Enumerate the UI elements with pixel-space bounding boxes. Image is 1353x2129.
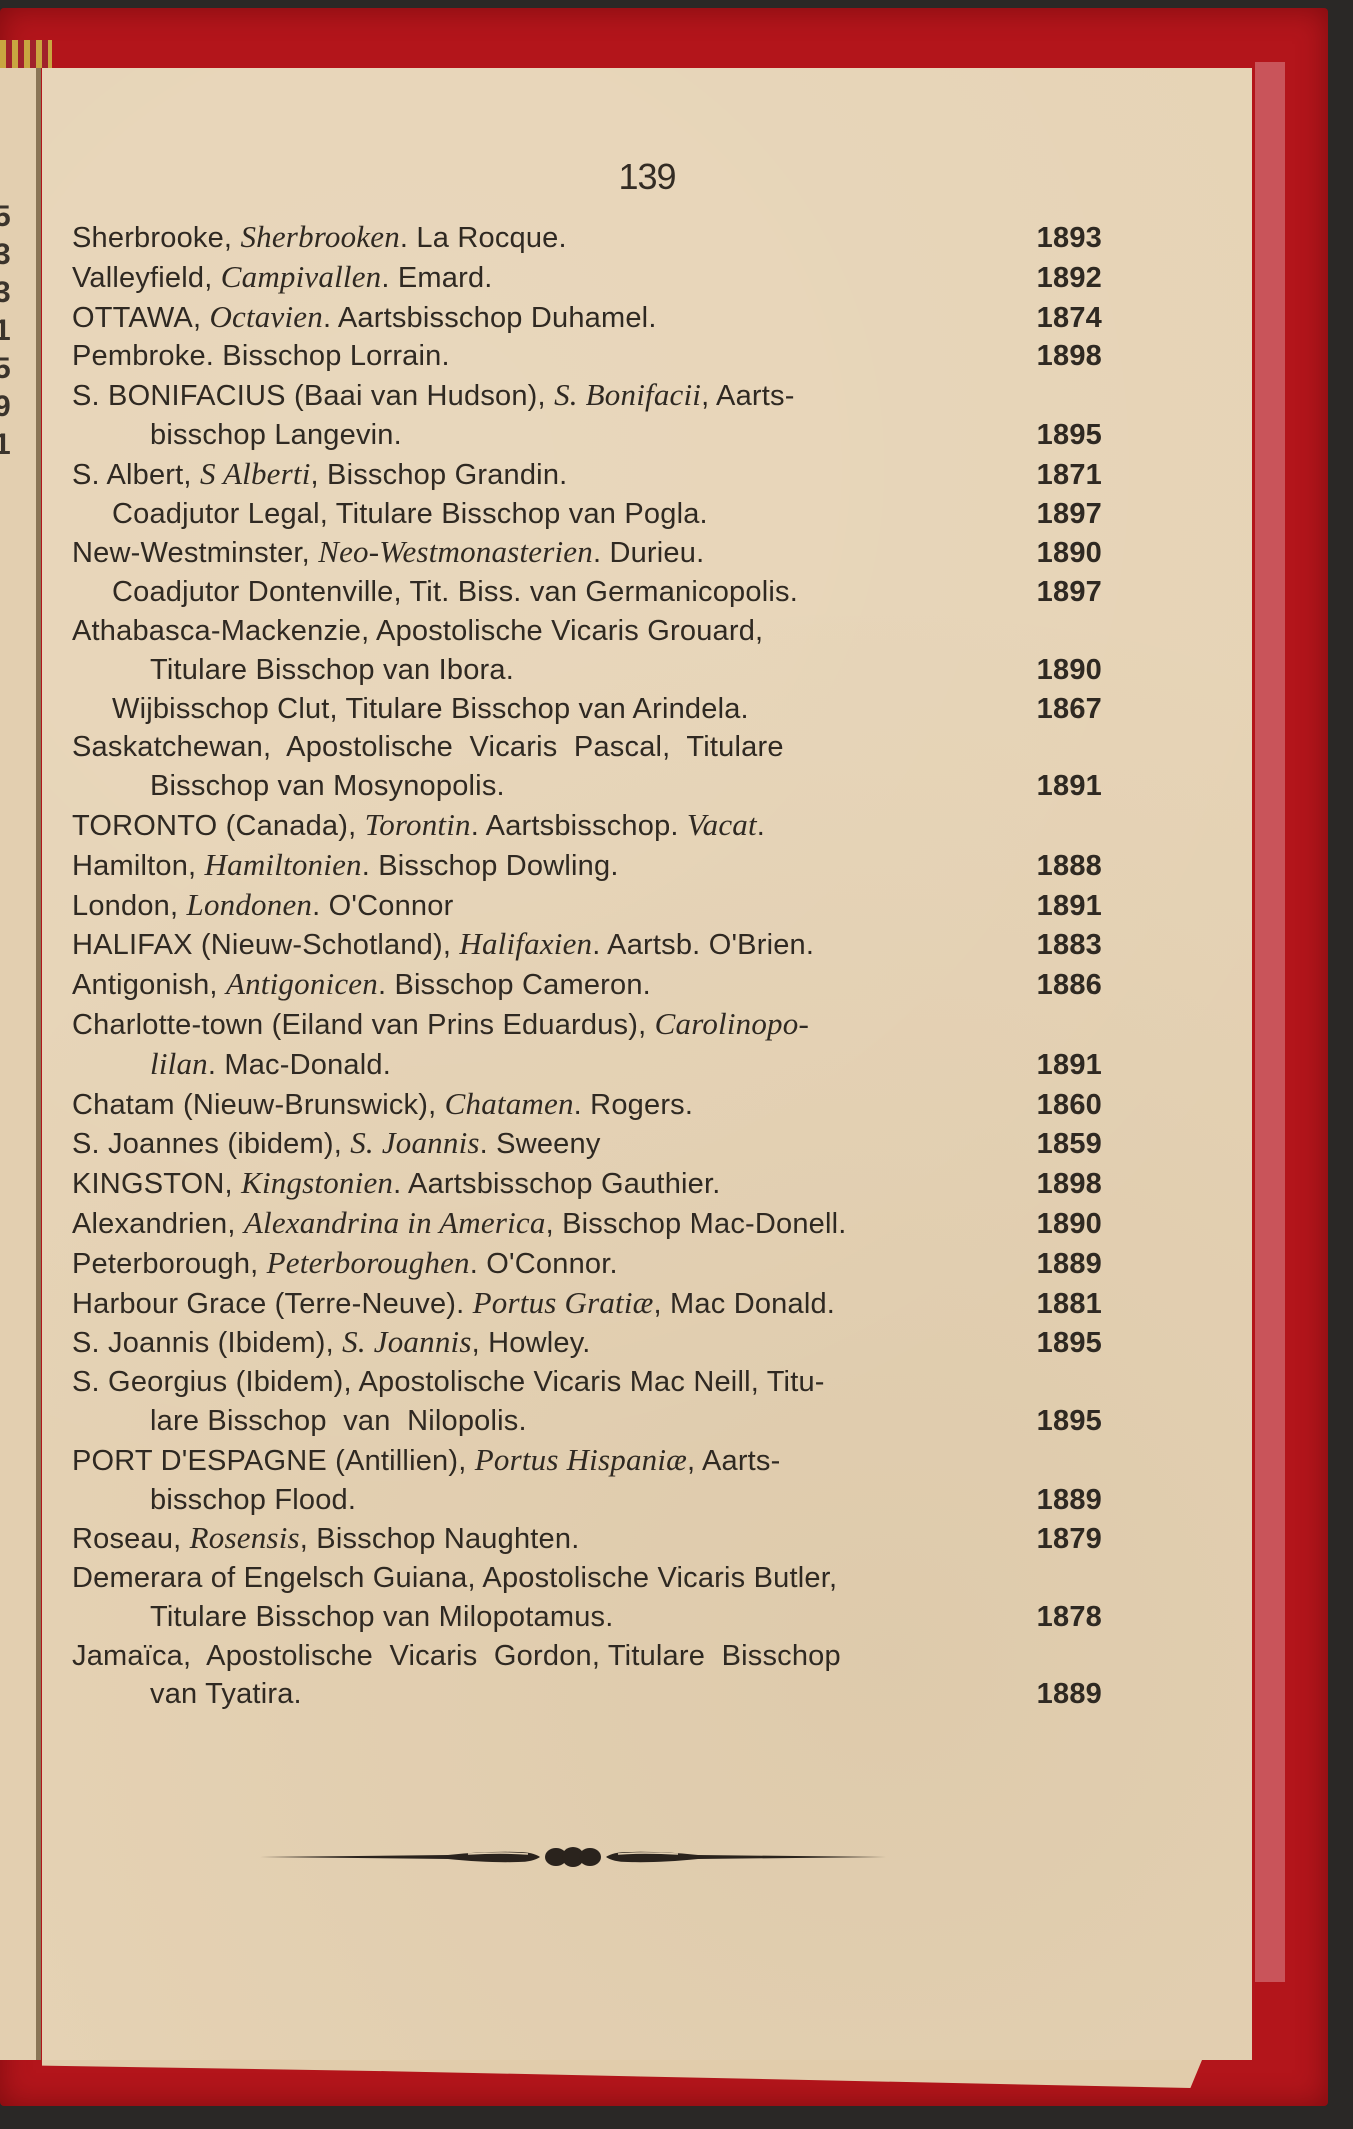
diocese-entry: Coadjutor Dontenville, Tit. Biss. van Ge… [72, 573, 1102, 612]
entry-description: Harbour Grace (Terre-Neuve). Portus Grat… [72, 1284, 1022, 1324]
diocese-entry: Sherbrooke, Sherbrooken. La Rocque.1893 [72, 218, 1102, 258]
latin-name: Hamiltonien [205, 847, 362, 882]
entry-line: S. Albert, S Alberti, Bisschop Grandin. [72, 459, 567, 491]
entry-text: Saskatchewan, Apostolische Vicaris Pasca… [72, 731, 784, 763]
entry-text: Harbour Grace (Terre-Neuve). [72, 1288, 473, 1320]
entry-description: Valleyfield, Campivallen. Emard. [72, 258, 1022, 298]
entry-line: Coadjutor Legal, Titulare Bisschop van P… [112, 498, 708, 530]
latin-name: Carolinopo- [655, 1006, 809, 1041]
entry-text: . Durieu. [593, 537, 704, 569]
diocese-entry: Saskatchewan, Apostolische Vicaris Pasca… [72, 728, 1102, 806]
diocese-list: Sherbrooke, Sherbrooken. La Rocque.1893V… [72, 218, 1102, 1714]
entry-year: 1897 [1022, 573, 1102, 612]
entry-line: Harbour Grace (Terre-Neuve). Portus Grat… [72, 1288, 835, 1320]
latin-name: S. Joannis [350, 1125, 479, 1160]
entry-description: Hamilton, Hamiltonien. Bisschop Dowling. [72, 846, 1022, 886]
tailpiece-ornament-icon [258, 1842, 888, 1872]
entry-text: . Rogers. [574, 1089, 693, 1121]
entry-text: S. BONIFACIUS (Baai van Hudson), [72, 380, 554, 412]
latin-name: S. Joannis [342, 1324, 471, 1359]
entry-line: Valleyfield, Campivallen. Emard. [72, 262, 493, 294]
entry-description: Alexandrien, Alexandrina in America, Bis… [72, 1204, 1022, 1244]
entry-year: 1891 [1022, 1046, 1102, 1085]
diocese-entry: Pembroke. Bisschop Lorrain.1898 [72, 337, 1102, 376]
entry-text: , Howley. [472, 1327, 591, 1359]
latin-name: Alexandrina in America [244, 1205, 546, 1240]
entry-text: . La Rocque. [400, 222, 567, 254]
entry-line: KINGSTON, Kingstonien. Aartsbisschop Gau… [72, 1168, 721, 1200]
entry-year: 1867 [1022, 690, 1102, 729]
entry-continuation-line: van Tyatira. [72, 1675, 1022, 1714]
previous-page-digit: 1 [0, 312, 11, 350]
entry-line: Athabasca-Mackenzie, Apostolische Vicari… [72, 615, 763, 647]
entry-text: Wijbisschop Clut, Titulare Bisschop van … [112, 693, 749, 725]
entry-line: Demerara of Engelsch Guiana, Apostolisch… [72, 1562, 837, 1594]
entry-text: . Aartsbisschop Duhamel. [323, 302, 657, 334]
entry-text: . O'Connor. [470, 1248, 618, 1280]
entry-line: S. Georgius (Ibidem), Apostolische Vicar… [72, 1366, 825, 1398]
entry-year: 1890 [1022, 534, 1102, 573]
diocese-entry: Jamaïca, Apostolische Vicaris Gordon, Ti… [72, 1637, 1102, 1715]
diocese-entry: OTTAWA, Octavien. Aartsbisschop Duhamel.… [72, 298, 1102, 338]
entry-line: OTTAWA, Octavien. Aartsbisschop Duhamel. [72, 302, 657, 334]
entry-text: PORT D'ESPAGNE (Antillien), [72, 1445, 475, 1477]
diocese-entry: S. Joannes (ibidem), S. Joannis. Sweeny1… [72, 1124, 1102, 1164]
previous-page-digit: 9 [0, 388, 11, 426]
entry-line: Jamaïca, Apostolische Vicaris Gordon, Ti… [72, 1640, 841, 1672]
entry-year: 1890 [1022, 1205, 1102, 1244]
entry-text: HALIFAX (Nieuw-Schotland), [72, 929, 459, 961]
entry-year: 1893 [1022, 219, 1102, 258]
diocese-entry: Hamilton, Hamiltonien. Bisschop Dowling.… [72, 846, 1102, 886]
entry-line: Saskatchewan, Apostolische Vicaris Pasca… [72, 731, 784, 763]
entry-text: Valleyfield, [72, 262, 221, 294]
entry-text: , Bisschop Naughten. [300, 1523, 580, 1555]
entry-description: HALIFAX (Nieuw-Schotland), Halifaxien. A… [72, 925, 1022, 965]
diocese-entry: S. Albert, S Alberti, Bisschop Grandin.1… [72, 455, 1102, 495]
entry-text: . Sweeny [480, 1128, 601, 1160]
latin-name: Neo-Westmonasterien [318, 534, 593, 569]
entry-year: 1892 [1022, 259, 1102, 298]
entry-line: Chatam (Nieuw-Brunswick), Chatamen. Roge… [72, 1089, 693, 1121]
diocese-entry: Wijbisschop Clut, Titulare Bisschop van … [72, 690, 1102, 729]
entry-line: TORONTO (Canada), Torontin. Aartsbisscho… [72, 810, 765, 842]
previous-page-digit: 3 [0, 236, 11, 274]
entry-line: Charlotte-town (Eiland van Prins Eduardu… [72, 1009, 809, 1041]
spine-headband [0, 40, 52, 68]
previous-page-digit: 5 [0, 350, 11, 388]
entry-year: 1889 [1022, 1675, 1102, 1714]
entry-text: , Mac Donald. [654, 1288, 836, 1320]
latin-name: Halifaxien [459, 926, 592, 961]
entry-text: bisschop Flood. [150, 1484, 356, 1516]
entry-continuation-line: bisschop Langevin. [72, 416, 1022, 455]
previous-page-digit: 1 [0, 426, 11, 464]
entry-year: 1886 [1022, 966, 1102, 1005]
entry-description: Coadjutor Legal, Titulare Bisschop van P… [72, 495, 1022, 534]
entry-line: Roseau, Rosensis, Bisschop Naughten. [72, 1523, 579, 1555]
entry-description: Pembroke. Bisschop Lorrain. [72, 337, 1022, 376]
entry-text: . Bisschop Dowling. [362, 850, 619, 882]
diocese-entry: Demerara of Engelsch Guiana, Apostolisch… [72, 1559, 1102, 1637]
entry-year: 1898 [1022, 1165, 1102, 1204]
entry-line: Alexandrien, Alexandrina in America, Bis… [72, 1208, 847, 1240]
entry-text: Coadjutor Legal, Titulare Bisschop van P… [112, 498, 708, 530]
entry-description: Saskatchewan, Apostolische Vicaris Pasca… [72, 728, 1022, 806]
diocese-entry: Harbour Grace (Terre-Neuve). Portus Grat… [72, 1284, 1102, 1324]
entry-description: Wijbisschop Clut, Titulare Bisschop van … [72, 690, 1022, 729]
entry-text: Charlotte-town (Eiland van Prins Eduardu… [72, 1009, 655, 1041]
diocese-entry: HALIFAX (Nieuw-Schotland), Halifaxien. A… [72, 925, 1102, 965]
entry-text: . Aartsb. O'Brien. [592, 929, 814, 961]
entry-text: . O'Connor [312, 890, 453, 922]
previous-page-digit: 5 [0, 198, 11, 236]
entry-text: Hamilton, [72, 850, 205, 882]
entry-year: 1889 [1022, 1481, 1102, 1520]
latin-name: lilan [150, 1046, 208, 1081]
entry-description: TORONTO (Canada), Torontin. Aartsbisscho… [72, 806, 1022, 846]
entry-text: Jamaïca, Apostolische Vicaris Gordon, Ti… [72, 1640, 841, 1672]
entry-year: 1888 [1022, 847, 1102, 886]
entry-year: 1895 [1022, 416, 1102, 455]
entry-line: Coadjutor Dontenville, Tit. Biss. van Ge… [112, 576, 798, 608]
entry-year: 1891 [1022, 767, 1102, 806]
entry-description: New-Westminster, Neo-Westmonasterien. Du… [72, 533, 1022, 573]
entry-description: Demerara of Engelsch Guiana, Apostolisch… [72, 1559, 1022, 1637]
diocese-entry: S. Joannis (Ibidem), S. Joannis, Howley.… [72, 1323, 1102, 1363]
entry-text: London, [72, 890, 187, 922]
entry-text: Coadjutor Dontenville, Tit. Biss. van Ge… [112, 576, 798, 608]
latin-name: Kingstonien [241, 1165, 393, 1200]
latin-name: Peterboroughen [267, 1245, 470, 1280]
latin-name: Portus Hispaniæ [475, 1442, 687, 1477]
latin-name: Londonen [187, 887, 313, 922]
entry-description: Athabasca-Mackenzie, Apostolische Vicari… [72, 612, 1022, 690]
entry-description: OTTAWA, Octavien. Aartsbisschop Duhamel. [72, 298, 1022, 338]
entry-description: Sherbrooke, Sherbrooken. La Rocque. [72, 218, 1022, 258]
entry-description: Jamaïca, Apostolische Vicaris Gordon, Ti… [72, 1637, 1022, 1715]
latin-name: Chatamen [445, 1086, 574, 1121]
latin-name: Vacat [687, 807, 757, 842]
entry-text: New-Westminster, [72, 537, 318, 569]
previous-page-digit: 3 [0, 274, 11, 312]
diocese-entry: S. Georgius (Ibidem), Apostolische Vicar… [72, 1363, 1102, 1441]
entry-year: 1883 [1022, 926, 1102, 965]
entry-text: Bisschop van Mosynopolis. [150, 770, 505, 802]
entry-description: Charlotte-town (Eiland van Prins Eduardu… [72, 1005, 1022, 1085]
latin-name: Rosensis [190, 1520, 300, 1555]
entry-year: 1895 [1022, 1402, 1102, 1441]
entry-description: Roseau, Rosensis, Bisschop Naughten. [72, 1519, 1022, 1559]
latin-name: Octavien [209, 299, 323, 334]
entry-continuation-line: bisschop Flood. [72, 1481, 1022, 1520]
entry-line: S. BONIFACIUS (Baai van Hudson), S. Boni… [72, 380, 795, 412]
entry-description: PORT D'ESPAGNE (Antillien), Portus Hispa… [72, 1441, 1022, 1520]
previous-page-edge: 5331591 [0, 68, 41, 2060]
entry-description: KINGSTON, Kingstonien. Aartsbisschop Gau… [72, 1164, 1022, 1204]
latin-name: Torontin [365, 807, 471, 842]
entry-text: Roseau, [72, 1523, 190, 1555]
entry-description: S. Joannis (Ibidem), S. Joannis, Howley. [72, 1323, 1022, 1363]
entry-year: 1895 [1022, 1324, 1102, 1363]
diocese-entry: London, Londonen. O'Connor1891 [72, 886, 1102, 926]
entry-year: 1859 [1022, 1125, 1102, 1164]
diocese-entry: Athabasca-Mackenzie, Apostolische Vicari… [72, 612, 1102, 690]
entry-description: Peterborough, Peterboroughen. O'Connor. [72, 1244, 1022, 1284]
entry-text: , Aarts- [701, 380, 794, 412]
entry-text: Antigonish, [72, 969, 226, 1001]
diocese-entry: S. BONIFACIUS (Baai van Hudson), S. Boni… [72, 376, 1102, 455]
entry-description: Chatam (Nieuw-Brunswick), Chatamen. Roge… [72, 1085, 1022, 1125]
entry-line: Antigonish, Antigonicen. Bisschop Camero… [72, 969, 651, 1001]
entry-year: 1878 [1022, 1598, 1102, 1637]
latin-name: Antigonicen [226, 966, 378, 1001]
diocese-entry: Antigonish, Antigonicen. Bisschop Camero… [72, 965, 1102, 1005]
entry-text: . Emard. [381, 262, 492, 294]
latin-name: Campivallen [221, 259, 382, 294]
entry-line: New-Westminster, Neo-Westmonasterien. Du… [72, 537, 704, 569]
entry-text: . Aartsbisschop Gauthier. [393, 1168, 720, 1200]
entry-year: 1881 [1022, 1285, 1102, 1324]
page-number: 139 [42, 156, 1252, 198]
entry-text: KINGSTON, [72, 1168, 241, 1200]
entry-continuation-line: Titulare Bisschop van Milopotamus. [72, 1598, 1022, 1637]
diocese-entry: Coadjutor Legal, Titulare Bisschop van P… [72, 495, 1102, 534]
entry-line: London, Londonen. O'Connor [72, 890, 453, 922]
entry-text: Athabasca-Mackenzie, Apostolische Vicari… [72, 615, 763, 647]
diocese-entry: KINGSTON, Kingstonien. Aartsbisschop Gau… [72, 1164, 1102, 1204]
entry-line: Sherbrooke, Sherbrooken. La Rocque. [72, 222, 567, 254]
diocese-entry: New-Westminster, Neo-Westmonasterien. Du… [72, 533, 1102, 573]
entry-line: Pembroke. Bisschop Lorrain. [72, 340, 450, 372]
entry-line: S. Joannis (Ibidem), S. Joannis, Howley. [72, 1327, 591, 1359]
entry-text: , Bisschop Grandin. [311, 459, 568, 491]
entry-description: S. BONIFACIUS (Baai van Hudson), S. Boni… [72, 376, 1022, 455]
entry-year: 1889 [1022, 1245, 1102, 1284]
entry-text: TORONTO (Canada), [72, 810, 365, 842]
entry-text: Peterborough, [72, 1248, 267, 1280]
entry-description: London, Londonen. O'Connor [72, 886, 1022, 926]
diocese-entry: PORT D'ESPAGNE (Antillien), Portus Hispa… [72, 1441, 1102, 1520]
previous-page-digits: 5331591 [0, 198, 11, 464]
entry-year: 1874 [1022, 299, 1102, 338]
entry-text: S. Joannis (Ibidem), [72, 1327, 342, 1359]
entry-text: lare Bisschop van Nilopolis. [150, 1405, 527, 1437]
diocese-entry: Chatam (Nieuw-Brunswick), Chatamen. Roge… [72, 1085, 1102, 1125]
entry-description: Coadjutor Dontenville, Tit. Biss. van Ge… [72, 573, 1022, 612]
entry-text: . Mac-Donald. [208, 1049, 391, 1081]
book-page: 139 Sherbrooke, Sherbrooken. La Rocque.1… [42, 68, 1252, 2060]
entry-year: 1860 [1022, 1086, 1102, 1125]
entry-text: . Bisschop Cameron. [378, 969, 651, 1001]
entry-text: , Bisschop Mac-Donell. [546, 1208, 847, 1240]
entry-text: S. Georgius (Ibidem), Apostolische Vicar… [72, 1366, 825, 1398]
entry-year: 1898 [1022, 337, 1102, 376]
entry-description: S. Albert, S Alberti, Bisschop Grandin. [72, 455, 1022, 495]
latin-name: Portus Gratiæ [473, 1285, 654, 1320]
entry-year: 1891 [1022, 887, 1102, 926]
latin-name: Sherbrooken [240, 219, 399, 254]
entry-text: Alexandrien, [72, 1208, 244, 1240]
entry-text: Pembroke. Bisschop Lorrain. [72, 340, 450, 372]
entry-text: van Tyatira. [150, 1678, 302, 1710]
entry-year: 1879 [1022, 1520, 1102, 1559]
entry-text: Sherbrooke, [72, 222, 240, 254]
entry-text: . Aartsbisschop. [471, 810, 687, 842]
entry-text: . [757, 810, 765, 842]
latin-name: S. Bonifacii [554, 377, 701, 412]
entry-description: S. Georgius (Ibidem), Apostolische Vicar… [72, 1363, 1022, 1441]
entry-continuation-line: lilan. Mac-Donald. [72, 1045, 1022, 1085]
entry-continuation-line: Titulare Bisschop van Ibora. [72, 651, 1022, 690]
entry-year: 1897 [1022, 495, 1102, 534]
diocese-entry: Alexandrien, Alexandrina in America, Bis… [72, 1204, 1102, 1244]
latin-name: S Alberti [200, 456, 311, 491]
diocese-entry: Peterborough, Peterboroughen. O'Connor.1… [72, 1244, 1102, 1284]
entry-line: Peterborough, Peterboroughen. O'Connor. [72, 1248, 618, 1280]
entry-continuation-line: Bisschop van Mosynopolis. [72, 767, 1022, 806]
entry-text: S. Joannes (ibidem), [72, 1128, 350, 1160]
entry-line: Hamilton, Hamiltonien. Bisschop Dowling. [72, 850, 619, 882]
entry-text: OTTAWA, [72, 302, 209, 334]
entry-description: Antigonish, Antigonicen. Bisschop Camero… [72, 965, 1022, 1005]
entry-continuation-line: lare Bisschop van Nilopolis. [72, 1402, 1022, 1441]
entry-text: Titulare Bisschop van Milopotamus. [150, 1601, 613, 1633]
entry-line: Wijbisschop Clut, Titulare Bisschop van … [112, 693, 749, 725]
entry-description: S. Joannes (ibidem), S. Joannis. Sweeny [72, 1124, 1022, 1164]
entry-text: Titulare Bisschop van Ibora. [150, 654, 514, 686]
entry-line: HALIFAX (Nieuw-Schotland), Halifaxien. A… [72, 929, 814, 961]
entry-text: Chatam (Nieuw-Brunswick), [72, 1089, 445, 1121]
diocese-entry: Charlotte-town (Eiland van Prins Eduardu… [72, 1005, 1102, 1085]
entry-year: 1890 [1022, 651, 1102, 690]
entry-text: bisschop Langevin. [150, 419, 402, 451]
diocese-entry: TORONTO (Canada), Torontin. Aartsbisscho… [72, 806, 1102, 846]
entry-line: S. Joannes (ibidem), S. Joannis. Sweeny [72, 1128, 601, 1160]
entry-year: 1871 [1022, 456, 1102, 495]
diocese-entry: Roseau, Rosensis, Bisschop Naughten.1879 [72, 1519, 1102, 1559]
entry-text: , Aarts- [687, 1445, 780, 1477]
entry-text: S. Albert, [72, 459, 200, 491]
entry-line: PORT D'ESPAGNE (Antillien), Portus Hispa… [72, 1445, 781, 1477]
diocese-entry: Valleyfield, Campivallen. Emard.1892 [72, 258, 1102, 298]
entry-text: Demerara of Engelsch Guiana, Apostolisch… [72, 1562, 837, 1594]
cover-inner-edge [1255, 62, 1285, 1982]
